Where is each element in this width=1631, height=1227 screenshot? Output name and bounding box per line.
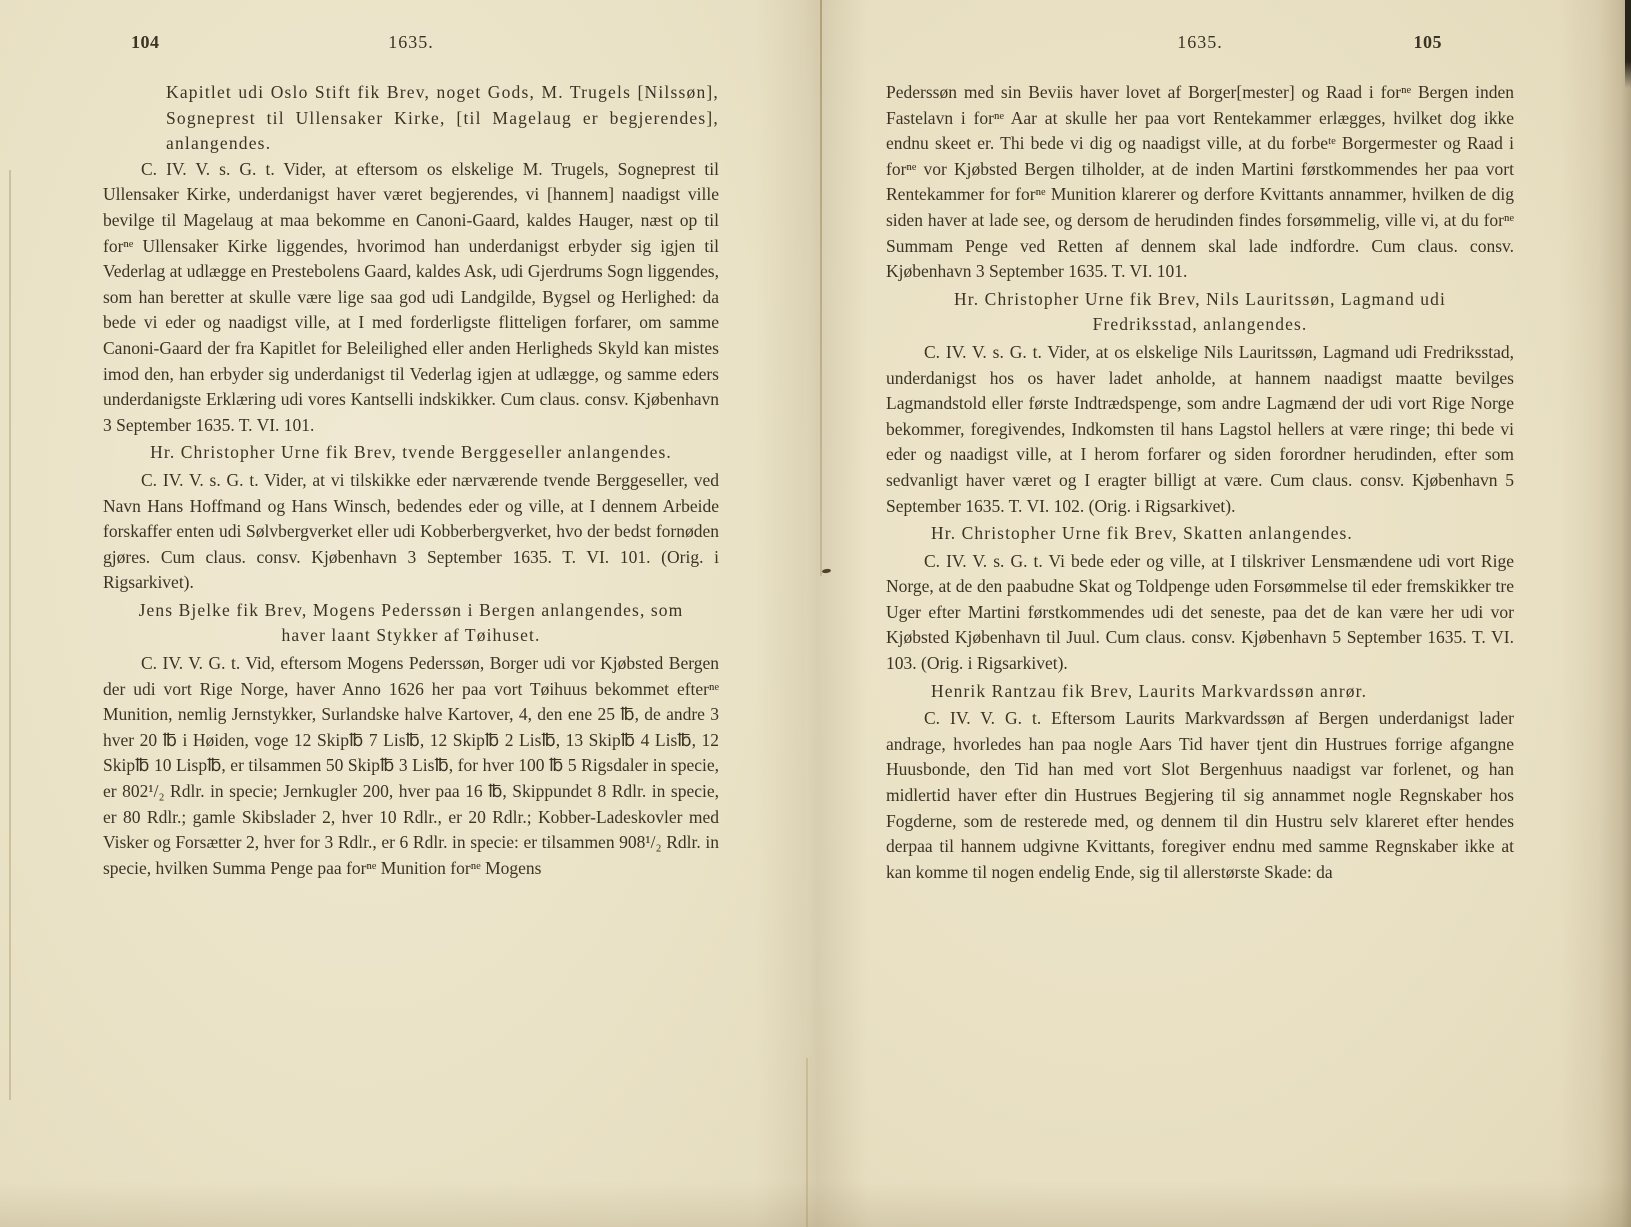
- letter-paragraph: C. IV. V. s. G. t. Vider, at vi tilskikk…: [103, 468, 719, 596]
- page-number-left: 104: [131, 30, 160, 56]
- right-page-edge-shadow: [1559, 0, 1631, 1227]
- letter-heading: Hr. Christopher Urne fik Brev, tvende Be…: [103, 440, 719, 466]
- page-right-header: 1635. 105: [886, 30, 1514, 58]
- letter-paragraph: C. IV. V. G. t. Eftersom Laurits Markvar…: [886, 706, 1514, 885]
- left-page-edge-line: [9, 170, 11, 1100]
- right-edge-dark-corner: [1625, 0, 1631, 88]
- page-right-paragraphs: Pederssøn med sin Beviis haver lovet af …: [886, 80, 1514, 885]
- book-scan: { "theme": { "paper_color": "#eae2c6", "…: [0, 0, 1631, 1227]
- page-left-paragraphs: Kapitlet udi Oslo Stift fik Brev, noget …: [103, 80, 719, 881]
- gutter-shadow: [756, 0, 868, 1227]
- page-left-text-column: 104 1635. Kapitlet udi Oslo Stift fik Br…: [103, 30, 719, 881]
- page-number-right: 105: [1414, 30, 1443, 56]
- letter-paragraph: C. IV. V. s. G. t. Vi bede eder og ville…: [886, 549, 1514, 677]
- letter-paragraph: C. IV. V. s. G. t. Vider, at os elskelig…: [886, 340, 1514, 519]
- page-left-header: 104 1635.: [103, 30, 719, 58]
- letter-heading: Kapitlet udi Oslo Stift fik Brev, noget …: [166, 80, 719, 157]
- letter-heading: Henrik Rantzau fik Brev, Laurits Markvar…: [886, 679, 1514, 705]
- letter-heading: Jens Bjelke fik Brev, Mogens Pederssøn i…: [103, 598, 719, 649]
- letter-paragraph: Pederssøn med sin Beviis haver lovet af …: [886, 80, 1514, 285]
- running-head-year-left: 1635.: [103, 30, 719, 56]
- letter-heading: Hr. Christopher Urne fik Brev, Skatten a…: [886, 521, 1514, 547]
- page-right-text-column: 1635. 105 Pederssøn med sin Beviis haver…: [886, 30, 1514, 885]
- letter-paragraph: C. IV. V. s. G. t. Vider, at eftersom os…: [103, 157, 719, 439]
- bottom-page-edge-shadow: [0, 1181, 1631, 1227]
- letter-paragraph: C. IV. V. G. t. Vid, eftersom Mogens Ped…: [103, 651, 719, 881]
- gutter-crease-top: [820, 0, 822, 576]
- letter-heading: Hr. Christopher Urne fik Brev, Nils Laur…: [886, 287, 1514, 338]
